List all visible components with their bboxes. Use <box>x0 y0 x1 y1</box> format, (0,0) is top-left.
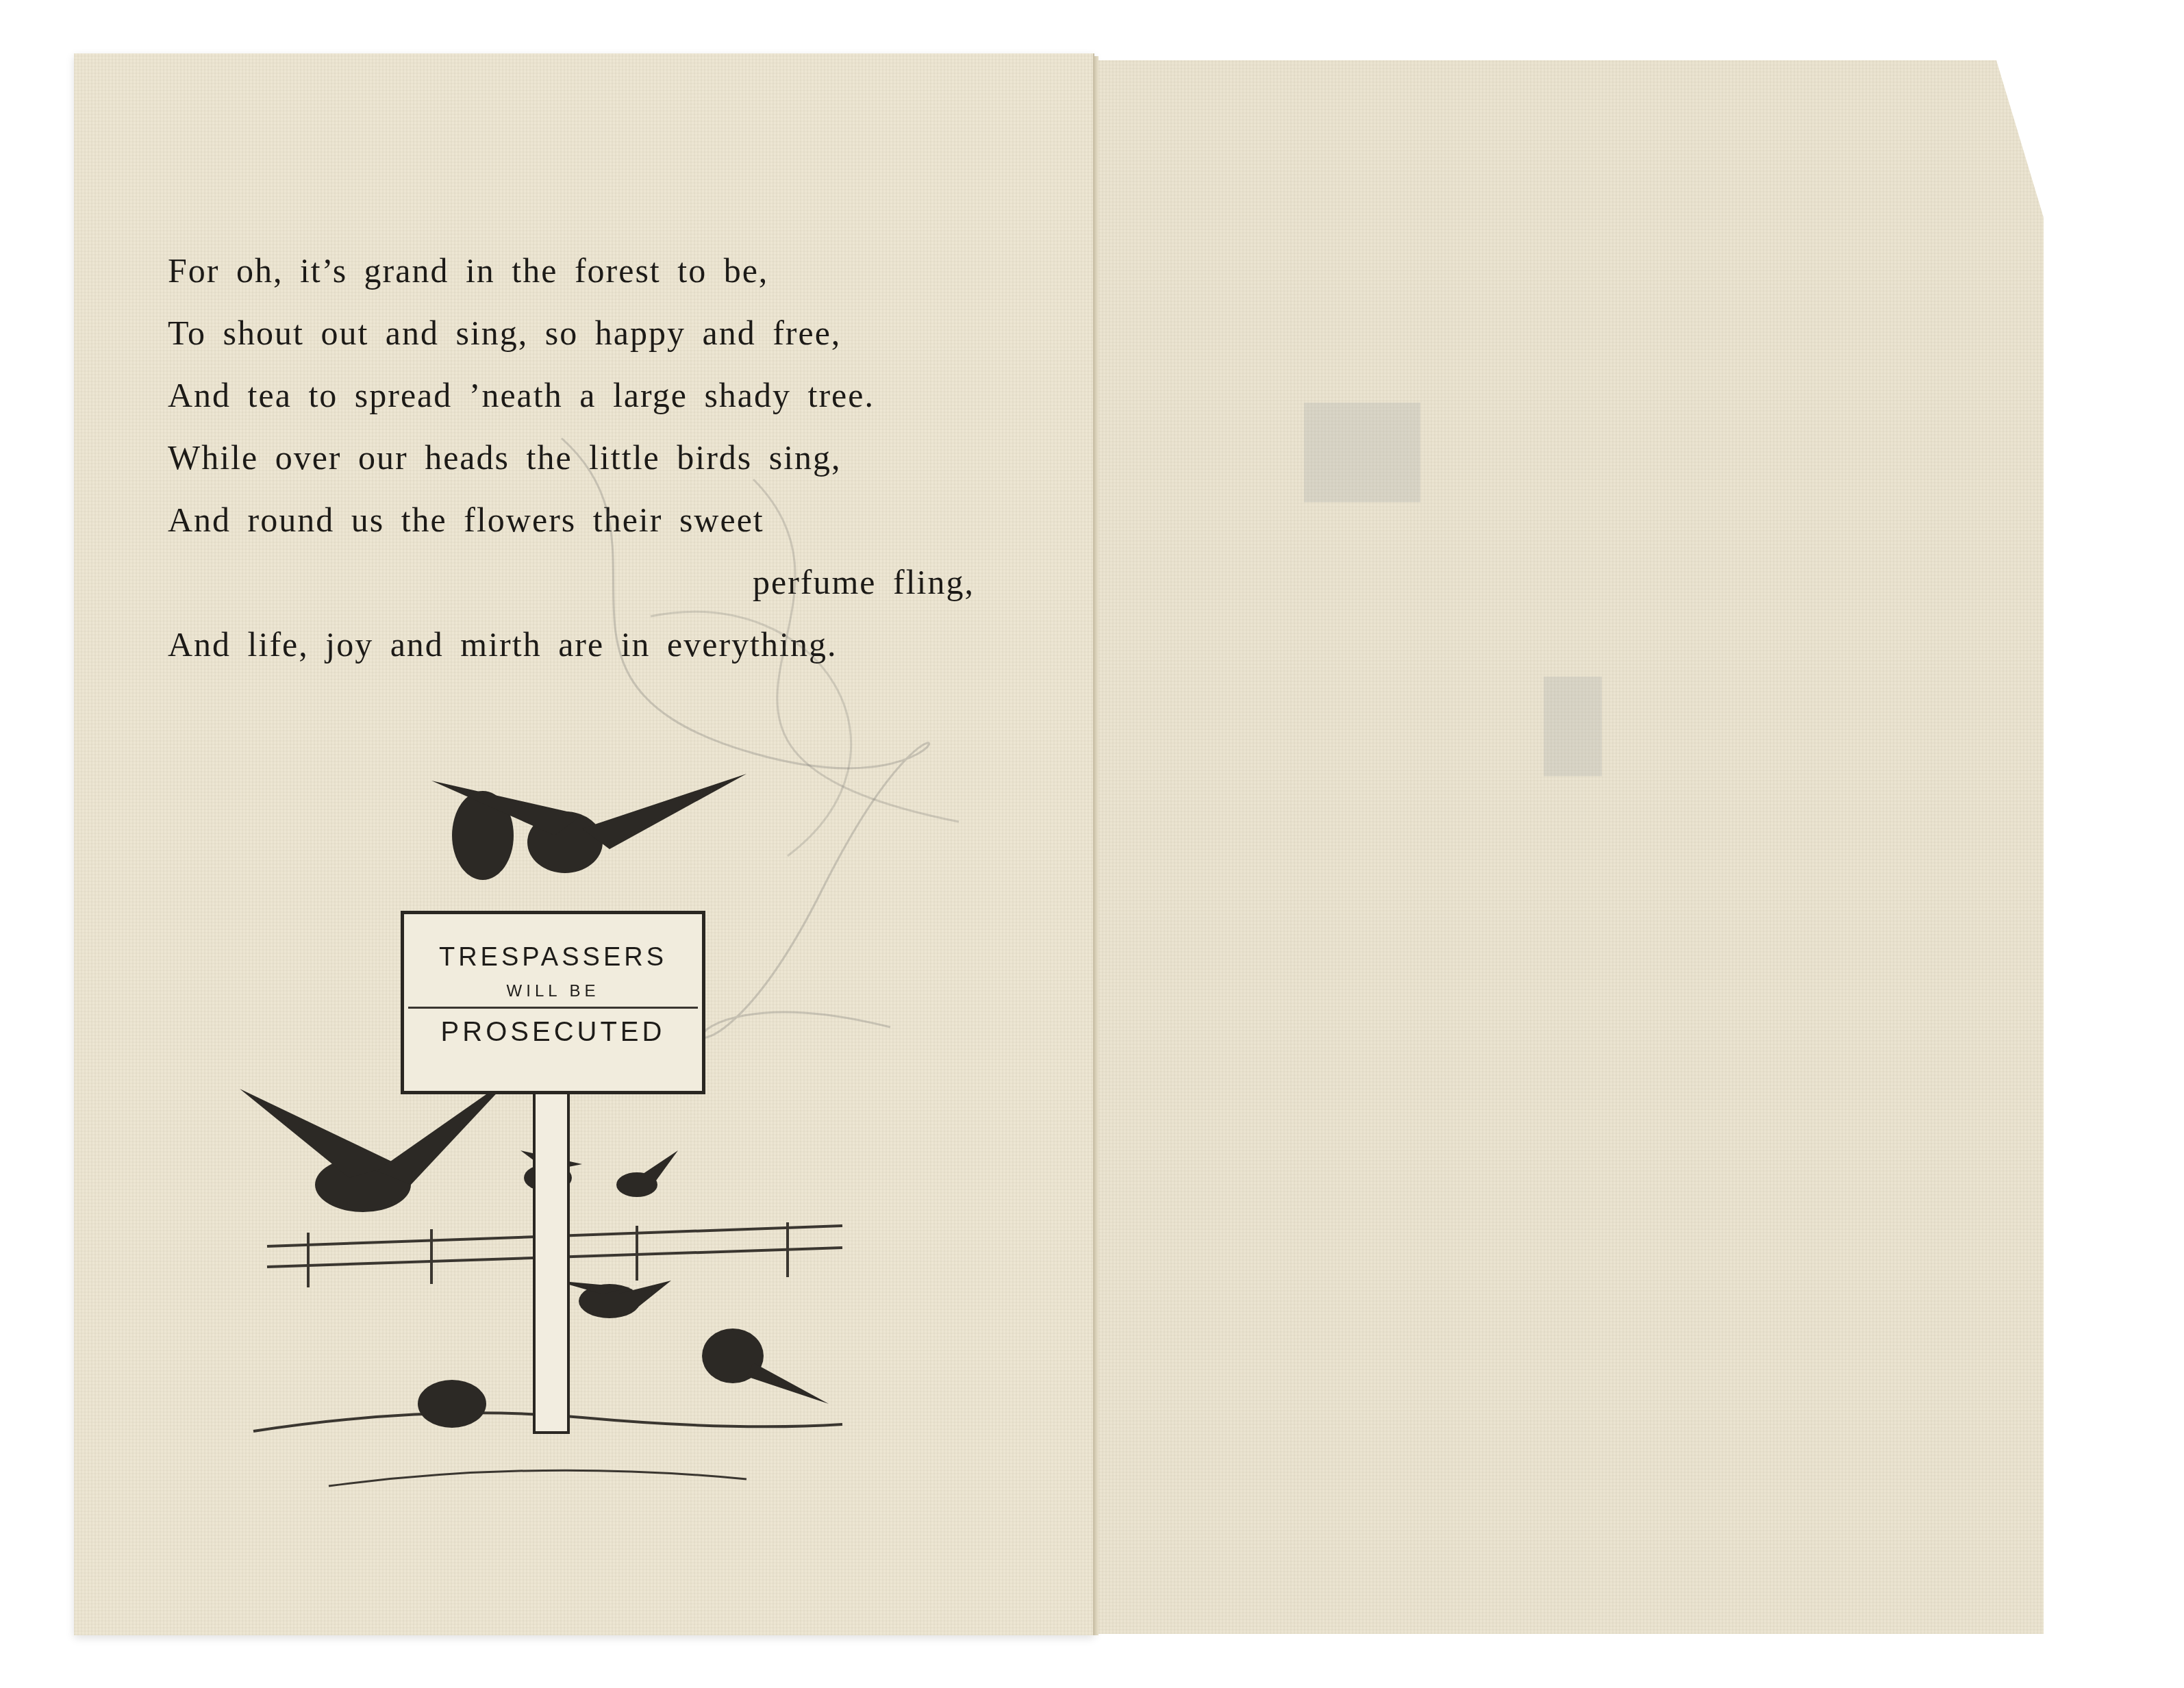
poem-line: To shout out and sing, so happy and free… <box>168 302 990 364</box>
trespassers-sign: TRESPASSERS WILL BE PROSECUTED <box>401 911 705 1094</box>
poem-line: And tea to spread ’neath a large shady t… <box>168 364 990 427</box>
book-spine <box>1094 56 1099 1635</box>
bird-icon <box>240 1075 678 1318</box>
bird-icon <box>418 1328 829 1428</box>
poem-text: For oh, it’s grand in the forest to be, … <box>168 240 990 676</box>
bird-icon <box>431 774 746 880</box>
bleed-through-shadow: ██ <box>1304 403 1420 497</box>
poem-line: For oh, it’s grand in the forest to be, <box>168 240 990 302</box>
sign-text-trespassers: TRESPASSERS <box>404 943 702 972</box>
poem-line-continuation: perfume fling, <box>168 551 990 614</box>
poem-line: And round us the flowers their sweet <box>168 489 990 551</box>
poem-line: While over our heads the little birds si… <box>168 427 990 489</box>
sign-text-prosecuted: PROSECUTED <box>404 1017 702 1048</box>
bleed-through-shadow: █ <box>1544 677 1602 771</box>
right-page: ██ █ <box>1099 60 2044 1634</box>
sign-divider <box>408 1007 698 1009</box>
poem-line: And life, joy and mirth are in everythin… <box>168 614 990 676</box>
sign-text-will-be: WILL BE <box>404 982 702 1001</box>
sign-post <box>533 1089 570 1434</box>
